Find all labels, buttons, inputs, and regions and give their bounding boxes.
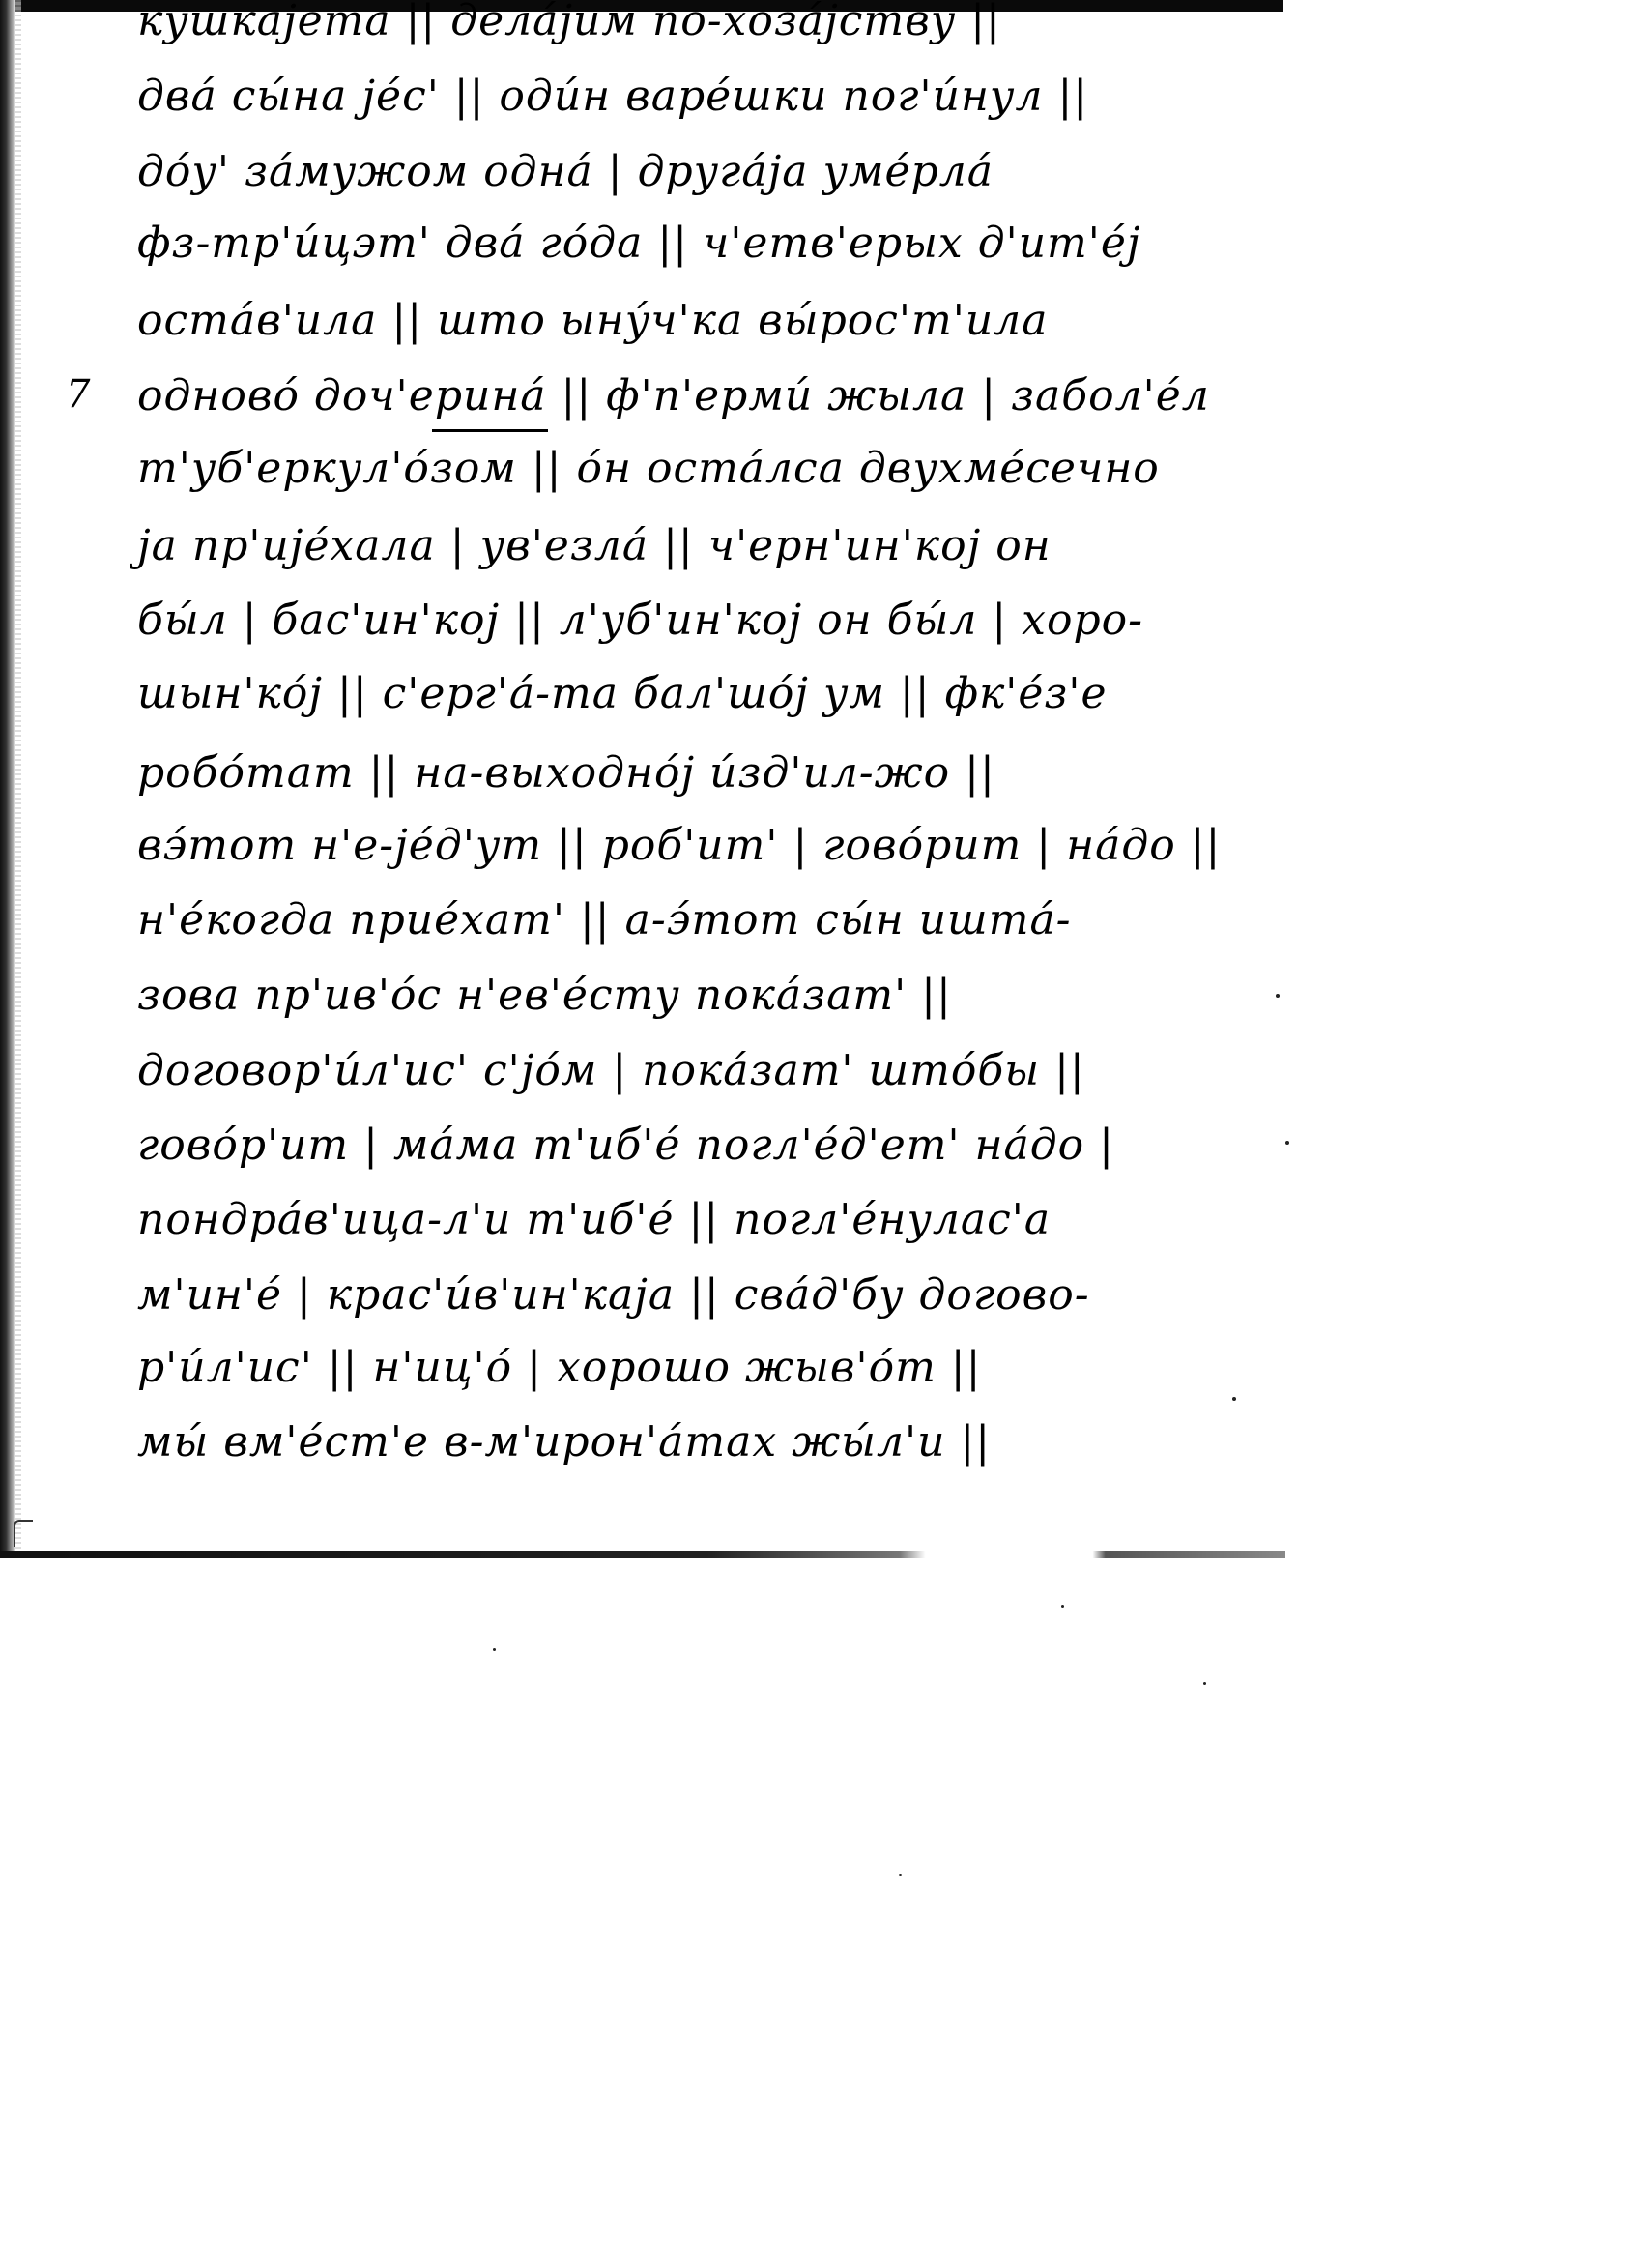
- scan-speck: [1061, 1605, 1064, 1608]
- scan-left-edge: [0, 0, 15, 1558]
- text-line: р'и́л'ис' || н'иц'о́ | хорошо жыв'о́т ||: [137, 1339, 981, 1397]
- text-line: гово́р'ит | ма́ма т'иб'е́ погл'е́д'ет' н…: [137, 1117, 1114, 1175]
- scan-speck: [899, 1874, 902, 1876]
- scan-speck: [1276, 994, 1280, 998]
- scan-speck: [1203, 1682, 1206, 1685]
- scan-speck: [1285, 1141, 1289, 1145]
- text-line: кушкаjета || дела́jим по-хоза́jству ||: [137, 0, 1001, 50]
- text-line: т'уб'еркул'о́зом || о́н оста́лса двухме́…: [137, 440, 1160, 498]
- text-line: фз-тр'и́цэт' два́ го́да || ч'етв'ерых д'…: [137, 215, 1141, 273]
- scan-speck: [1232, 1397, 1236, 1401]
- scan-bottom-edge: [0, 1551, 1285, 1558]
- text-line: робо́тат || на-выходно́j и́зд'ил-жо ||: [137, 744, 995, 802]
- text-line: оста́в'ила || што ыну́ч'ка вы́рос'т'ила: [137, 292, 1048, 350]
- scan-speck: [493, 1648, 496, 1651]
- text-line: шын'ко́j || с'ерг'а́-та бал'шо́j ум || ф…: [137, 665, 1108, 723]
- text-line: два́ сы́на jе́с' || оди́н варе́шки пог'и…: [137, 68, 1088, 126]
- page-corner-fold: [14, 1520, 33, 1547]
- text-line: jа пр'иjе́хала | ув'езла́ || ч'ерн'ин'ко…: [137, 517, 1052, 575]
- text-line: бы́л | бас'ин'коj || л'уб'ин'коj он бы́л…: [137, 592, 1143, 650]
- text-line: н'е́когда прие́хат' || а-э́тот сы́н ишта…: [137, 891, 1072, 949]
- text-line: пондра́в'ица-л'и т'иб'е́ || погл'е́нулас…: [137, 1191, 1051, 1249]
- text-line: мы́ вм'е́ст'е в-м'ирон'а́тах жы́л'и ||: [137, 1413, 991, 1471]
- scan-edge-noise: [15, 0, 21, 1558]
- text-line: зова пр'ив'о́с н'ев'е́сту пока́зат' ||: [137, 967, 952, 1025]
- margin-line-number: 7: [66, 365, 90, 423]
- text-line: договор'и́л'ис' с'jо́м | пока́зат' што́б…: [137, 1042, 1085, 1100]
- scanned-page: 7 кушкаjета || дела́jим по-хоза́jству ||…: [0, 0, 1285, 1558]
- text-line: вэ́тот н'е-jе́д'ут || роб'ит' | гово́рит…: [137, 817, 1221, 875]
- text-line: м'ин'е́ | крас'и́в'ин'каjа || сва́д'бу д…: [137, 1266, 1090, 1324]
- underline-annotation: [432, 429, 548, 432]
- text-line: до́у' за́мужом одна́ | друга́jа уме́рла́: [137, 143, 994, 201]
- text-line: одново́ доч'ерина́ || ф'п'ерми́ жыла | з…: [137, 367, 1210, 425]
